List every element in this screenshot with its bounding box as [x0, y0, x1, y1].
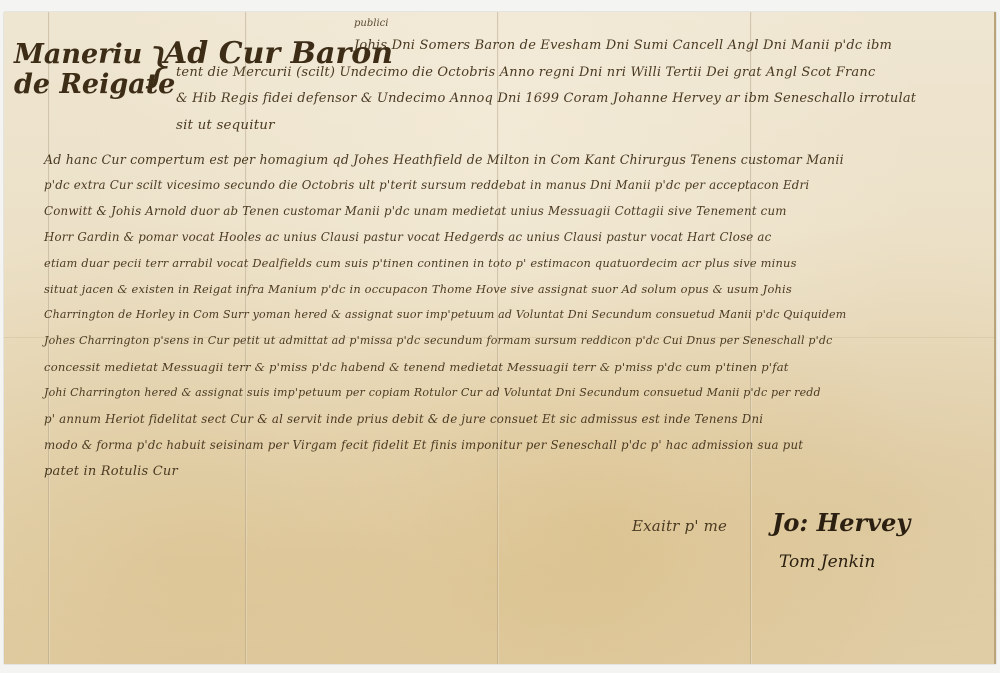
signature-second-line: Tom Jenkin — [779, 552, 875, 572]
signature-hervey: Jo: Hervey — [772, 508, 910, 537]
text-line-10: situat jacen & existen in Reigat infra M… — [44, 282, 792, 296]
text-line-15: p' annum Heriot fidelitat sect Cur & al … — [44, 412, 763, 426]
text-line-12: Johes Charrington p'sens in Cur petit ut… — [44, 334, 833, 347]
text-line-11: Charrington de Horley in Com Surr yoman … — [44, 308, 846, 321]
text-line-17: patet in Rotulis Cur — [44, 464, 178, 479]
text-line-8: Horr Gardin & pomar vocat Hooles ac uniu… — [44, 230, 771, 244]
text-line-16: modo & forma p'dc habuit seisinam per Vi… — [44, 438, 803, 452]
text-line-2: tent die Mercurii (scilt) Undecimo die O… — [176, 65, 875, 80]
superscript-note: publici — [354, 18, 388, 29]
text-line-5: Ad hanc Cur compertum est per homagium q… — [44, 152, 844, 167]
parchment-sheet: Maneriu de Reigate } Ad Cur Baron public… — [4, 12, 996, 664]
text-line-7: Conwitt & Johis Arnold duor ab Tenen cus… — [44, 204, 787, 218]
text-line-1: Johis Dni Somers Baron de Evesham Dni Su… — [354, 38, 892, 53]
text-line-13: concessit medietat Messuagii terr & p'mi… — [44, 360, 789, 374]
text-line-9: etiam duar pecii terr arrabil vocat Deal… — [44, 256, 797, 270]
text-line-4: sit ut sequitur — [176, 118, 275, 133]
text-line-14: Johi Charrington hered & assignat suis i… — [44, 386, 821, 399]
attestation-label: Exaitr p' me — [632, 517, 727, 535]
text-line-6: p'dc extra Cur scilt vicesimo secundo di… — [44, 178, 809, 192]
text-line-3: & Hib Regis fidei defensor & Undecimo An… — [176, 91, 916, 106]
